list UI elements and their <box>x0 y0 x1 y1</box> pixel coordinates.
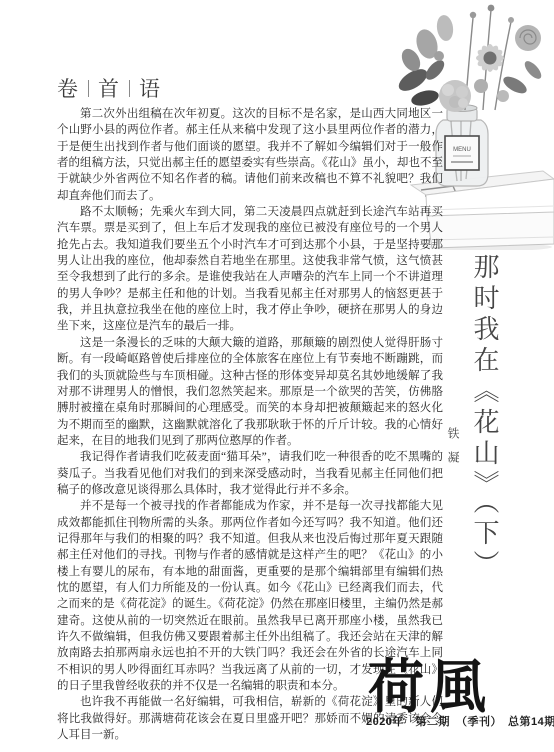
bouquet-flowers <box>395 5 544 112</box>
article-paragraph: 第二次外出组稿在次年初夏。这次的目标不是名家，是山西大同地区一个山野小县的两位作… <box>57 106 443 204</box>
section-header-char: 首 <box>98 73 120 103</box>
svg-text:MENU: MENU <box>453 147 471 153</box>
section-header-char: 卷 <box>57 73 79 103</box>
header-divider <box>129 80 130 97</box>
article-author: 铁凝 <box>445 427 462 497</box>
article-title-vertical: 那时我在《花山》（下） <box>466 253 503 613</box>
header-divider <box>88 80 89 97</box>
section-header-char: 语 <box>139 73 161 103</box>
article-paragraph: 这是一条漫长的乏味的大颠大簸的道路，那颠簸的剧烈使人觉得肝肠寸断。有一段崎岖路曾… <box>57 335 443 449</box>
article-paragraph: 我记得作者请我们吃莜麦面“猫耳朵”，请我们吃一种很香的吃不黑嘴的葵瓜子。当我看见… <box>57 449 443 498</box>
article-paragraph: 路不太顺畅；先乘火车到大同，第二天凌晨四点就赶到长途汽车站再买汽车票。票是买到了… <box>57 204 443 335</box>
glass-jar: MENU <box>436 105 488 186</box>
issue-info: 2020年 第二期 （季刊） 总第14期 <box>366 713 516 729</box>
magazine-page: 卷 首 语 MENU <box>0 0 554 752</box>
section-header: 卷 首 语 <box>57 73 161 103</box>
jar-label: MENU <box>445 136 479 170</box>
